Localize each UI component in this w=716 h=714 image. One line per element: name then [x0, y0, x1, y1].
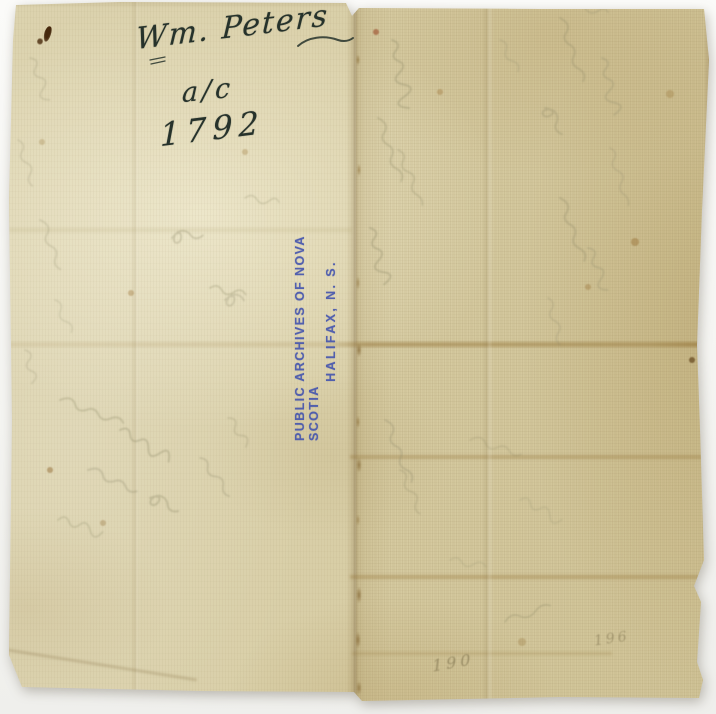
- vertical-fold-crease: [131, 0, 140, 714]
- archives-stamp-line1: PUBLIC ARCHIVES OF NOVA SCOTIA: [293, 201, 321, 441]
- pencil-number: 190: [432, 649, 475, 675]
- pencil-number: 196: [593, 629, 631, 650]
- bleedthrough-scrawl-left-lower: [57, 392, 251, 539]
- center-fold-seam: [346, 0, 364, 714]
- scanned-document-photo: Wm. Peters a/c 1792 PUBLIC ARCHIVES OF N…: [0, 0, 716, 714]
- bleedthrough-scrawl-left-upper: [16, 56, 74, 384]
- handwritten-year: 1792: [160, 103, 265, 154]
- manuscript-paper: Wm. Peters a/c 1792 PUBLIC ARCHIVES OF N…: [0, 0, 716, 714]
- ink-blot: [42, 25, 53, 42]
- fold-seam-stains: [352, 0, 364, 714]
- bleedthrough-figures-center: [171, 192, 279, 310]
- vertical-fold-crease: [483, 6, 493, 708]
- handwriting-flourish: [150, 37, 353, 64]
- handwritten-account-abbrev: a/c: [181, 72, 234, 109]
- horizontal-fold-crease: [352, 652, 612, 655]
- right-fold-panel: [356, 0, 716, 714]
- left-fold-panel: [0, 0, 356, 714]
- paper-shadow: Wm. Peters a/c 1792 PUBLIC ARCHIVES OF N…: [0, 0, 716, 714]
- diagonal-fold-crease: [0, 646, 197, 682]
- bleedthrough-scrawl-right-lower: [450, 435, 564, 623]
- bleedthrough-scrawl-right-upper: [367, 38, 424, 515]
- bleedthrough-scrawl-right-column: [498, 3, 630, 345]
- foxing-stains: [0, 0, 4, 4]
- handwritten-name: Wm. Peters: [135, 0, 330, 57]
- horizontal-fold-crease: [8, 228, 352, 232]
- horizontal-fold-crease: [350, 455, 706, 459]
- archives-stamp-line2: HALIFAX, N. S.: [324, 260, 338, 382]
- ink-bleedthrough-marks: [0, 0, 716, 714]
- horizontal-fold-crease: [350, 575, 706, 579]
- archives-stamp: PUBLIC ARCHIVES OF NOVA SCOTIA HALIFAX, …: [297, 201, 333, 441]
- horizontal-fold-crease: [10, 342, 704, 347]
